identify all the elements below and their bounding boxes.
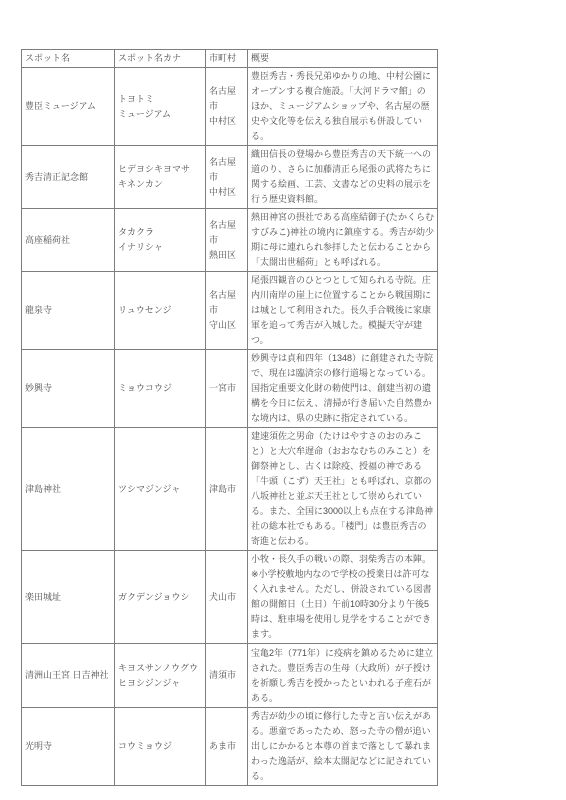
spot-kana-cell: ガクデンジョウシ bbox=[115, 551, 206, 644]
overview-cell: 豊臣秀吉・秀長兄弟ゆかりの地、中村公園にオープンする複合施設。「大河ドラマ館」の… bbox=[248, 68, 438, 146]
spot-kana-cell: タカクラ イナリシャ bbox=[115, 209, 206, 272]
table-row: 津島神社 ツシマジンジャ 津島市 建速須佐之男命（たけはやすさのおのみこと）と大… bbox=[22, 428, 438, 551]
spot-name-cell: 光明寺 bbox=[22, 708, 115, 786]
city-cell: 名古屋市 中村区 bbox=[206, 68, 248, 146]
table-row: 豊臣ミュージアム トヨトミ ミュージアム 名古屋市 中村区 豊臣秀吉・秀長兄弟ゆ… bbox=[22, 68, 438, 146]
column-header-overview: 概要 bbox=[248, 50, 438, 68]
overview-cell: 織田信長の登場から豊臣秀吉の天下統一への道のり、さらに加藤清正ら尾張の武将たちに… bbox=[248, 146, 438, 209]
spot-kana-cell: キヨスサンノウグウ ヒヨシジンジャ bbox=[115, 644, 206, 708]
table-row: 龍泉寺 リュウセンジ 名古屋市 守山区 尾張四観音のひとつとして知られる寺院。庄… bbox=[22, 272, 438, 350]
column-header-city: 市町村 bbox=[206, 50, 248, 68]
city-cell: 名古屋市 熱田区 bbox=[206, 209, 248, 272]
column-header-spot-kana: スポット名カナ bbox=[115, 50, 206, 68]
table-row: 秀吉清正記念館 ヒデヨシキヨマサ キネンカン 名古屋市 中村区 織田信長の登場か… bbox=[22, 146, 438, 209]
spots-table-body: 豊臣ミュージアム トヨトミ ミュージアム 名古屋市 中村区 豊臣秀吉・秀長兄弟ゆ… bbox=[22, 68, 438, 786]
spot-name-cell: 楽田城址 bbox=[22, 551, 115, 644]
spot-name-cell: 清洲山王宮 日吉神社 bbox=[22, 644, 115, 708]
spot-name-cell: 津島神社 bbox=[22, 428, 115, 551]
city-cell: 名古屋市 守山区 bbox=[206, 272, 248, 350]
overview-cell: 小牧・長久手の戦いの際、羽柴秀吉の本陣。※小学校敷地内なので学校の授業日は許可な… bbox=[248, 551, 438, 644]
spot-name-cell: 秀吉清正記念館 bbox=[22, 146, 115, 209]
spot-kana-cell: コウミョウジ bbox=[115, 708, 206, 786]
column-header-spot-name: スポット名 bbox=[22, 50, 115, 68]
table-header: スポット名 スポット名カナ 市町村 概要 bbox=[22, 50, 438, 68]
spot-kana-cell: トヨトミ ミュージアム bbox=[115, 68, 206, 146]
spot-kana-cell: ヒデヨシキヨマサ キネンカン bbox=[115, 146, 206, 209]
overview-cell: 尾張四観音のひとつとして知られる寺院。庄内川南岸の崖上に位置することから戦国期に… bbox=[248, 272, 438, 350]
overview-cell: 宝亀2年（771年）に疫病を鎮めるために建立された。豊臣秀吉の生母（大政所）が子… bbox=[248, 644, 438, 708]
overview-cell: 熱田神宮の摂社である高座結御子(たかくらむすびみこ)神社の境内に鎮座する。秀吉が… bbox=[248, 209, 438, 272]
city-cell: 犬山市 bbox=[206, 551, 248, 644]
spot-kana-cell: リュウセンジ bbox=[115, 272, 206, 350]
document-page: スポット名 スポット名カナ 市町村 概要 豊臣ミュージアム トヨトミ ミュージア… bbox=[0, 0, 566, 800]
table-row: 光明寺 コウミョウジ あま市 秀吉が幼少の頃に修行した寺と言い伝えがある。悪童で… bbox=[22, 708, 438, 786]
spot-name-cell: 龍泉寺 bbox=[22, 272, 115, 350]
table-row: 清洲山王宮 日吉神社 キヨスサンノウグウ ヒヨシジンジャ 清須市 宝亀2年（77… bbox=[22, 644, 438, 708]
spot-kana-cell: ミョウコウジ bbox=[115, 350, 206, 428]
city-cell: あま市 bbox=[206, 708, 248, 786]
city-cell: 一宮市 bbox=[206, 350, 248, 428]
spot-name-cell: 豊臣ミュージアム bbox=[22, 68, 115, 146]
city-cell: 名古屋市 中村区 bbox=[206, 146, 248, 209]
overview-cell: 秀吉が幼少の頃に修行した寺と言い伝えがある。悪童であったため、怒った寺の僧が追い… bbox=[248, 708, 438, 786]
spot-name-cell: 妙興寺 bbox=[22, 350, 115, 428]
city-cell: 清須市 bbox=[206, 644, 248, 708]
table-row: 楽田城址 ガクデンジョウシ 犬山市 小牧・長久手の戦いの際、羽柴秀吉の本陣。※小… bbox=[22, 551, 438, 644]
table-row: 妙興寺 ミョウコウジ 一宮市 妙興寺は貞和四年（1348）に創建された寺院で、現… bbox=[22, 350, 438, 428]
city-cell: 津島市 bbox=[206, 428, 248, 551]
overview-cell: 建速須佐之男命（たけはやすさのおのみこと）と大穴牟遅命（おおなむちのみこと）を御… bbox=[248, 428, 438, 551]
table-row: 高座稲荷社 タカクラ イナリシャ 名古屋市 熱田区 熱田神宮の摂社である高座結御… bbox=[22, 209, 438, 272]
header-row: スポット名 スポット名カナ 市町村 概要 bbox=[22, 50, 438, 68]
spot-kana-cell: ツシマジンジャ bbox=[115, 428, 206, 551]
spot-name-cell: 高座稲荷社 bbox=[22, 209, 115, 272]
spots-table: スポット名 スポット名カナ 市町村 概要 豊臣ミュージアム トヨトミ ミュージア… bbox=[21, 49, 438, 786]
overview-cell: 妙興寺は貞和四年（1348）に創建された寺院で、現在は臨済宗の修行道場となってい… bbox=[248, 350, 438, 428]
